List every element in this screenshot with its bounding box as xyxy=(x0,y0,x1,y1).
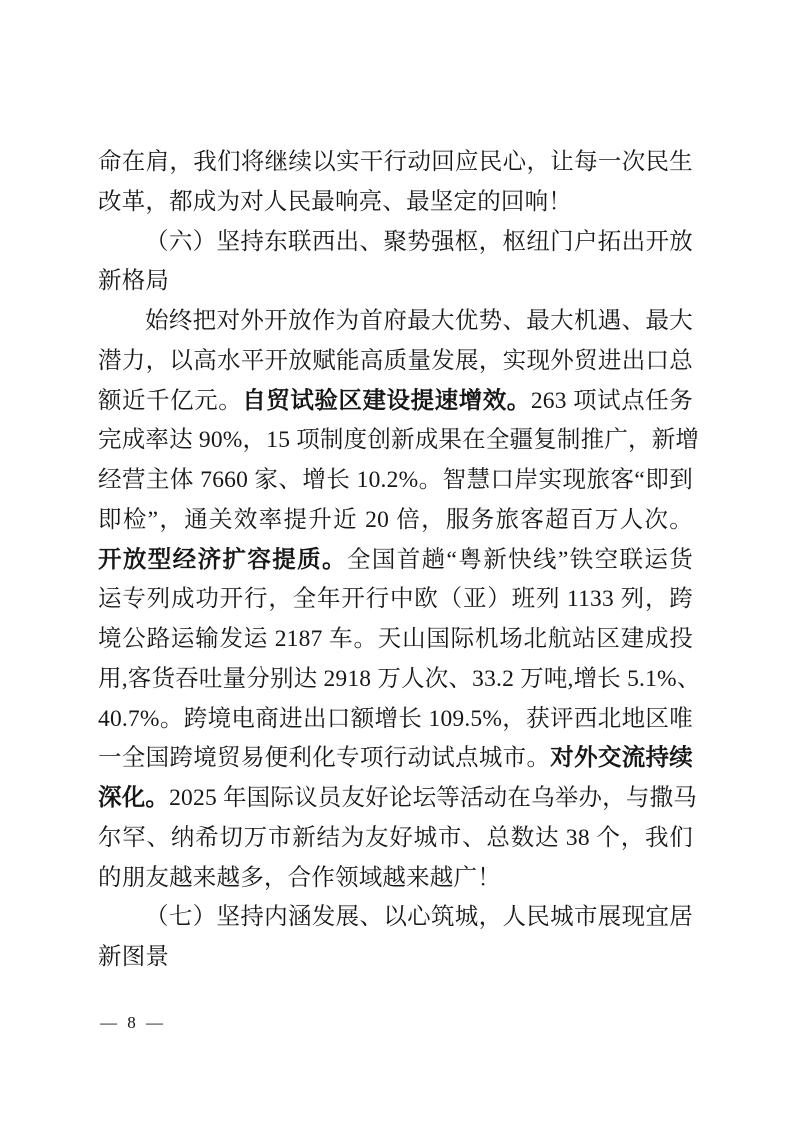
body-line: 潜力，以高水平开放赋能高质量发展，实现外贸进出口总 xyxy=(98,342,693,382)
body-line: 完成率达 90%，15 项制度创新成果在全疆复制推广，新增 xyxy=(98,421,693,461)
body-line: 的朋友越来越多，合作领域越来越广！ xyxy=(98,859,693,899)
section-7-heading-line-1: （七）坚持内涵发展、以心筑城，人民城市展现宜居 xyxy=(98,898,693,938)
body-line: 始终把对外开放作为首府最大优势、最大机遇、最大 xyxy=(98,302,693,342)
closing-paragraph-line-2: 改革，都成为对人民最响亮、最坚定的回响！ xyxy=(98,183,693,223)
section-6-heading-line-1: （六）坚持东联西出、聚势强枢，枢纽门户拓出开放 xyxy=(98,223,693,263)
section-7-heading-line-2: 新图景 xyxy=(98,938,693,978)
body-line: 一全国跨境贸易便利化专项行动试点城市。对外交流持续 xyxy=(98,739,693,779)
body-line: 境公路运输发运 2187 车。天山国际机场北航站区建成投 xyxy=(98,620,693,660)
body-line: 经营主体 7660 家、增长 10.2%。智慧口岸实现旅客“即到 xyxy=(98,461,693,501)
body-line: 尔罕、纳希切万市新结为友好城市、总数达 38 个，我们 xyxy=(98,819,693,859)
body-line: 用,客货吞吐量分别达 2918 万人次、33.2 万吨,增长 5.1%、 xyxy=(98,660,693,700)
body-line: 即检”，通关效率提升近 20 倍，服务旅客超百万人次。 xyxy=(98,501,693,541)
body-line: 额近千亿元。自贸试验区建设提速增效。263 项试点任务 xyxy=(98,382,693,422)
page-content: 命在肩，我们将继续以实干行动回应民心，让每一次民生 改革，都成为对人民最响亮、最… xyxy=(98,143,693,978)
section-6-heading-line-2: 新格局 xyxy=(98,262,693,302)
body-line: 运专列成功开行，全年开行中欧（亚）班列 1133 列，跨 xyxy=(98,580,693,620)
body-line: 深化。2025 年国际议员友好论坛等活动在乌举办，与撒马 xyxy=(98,779,693,819)
page-number: — 8 — xyxy=(100,1013,163,1033)
closing-paragraph-line-1: 命在肩，我们将继续以实干行动回应民心，让每一次民生 xyxy=(98,143,693,183)
document-page: 命在肩，我们将继续以实干行动回应民心，让每一次民生 改革，都成为对人民最响亮、最… xyxy=(0,0,793,1122)
body-line: 开放型经济扩容提质。全国首趟“粤新快线”铁空联运货 xyxy=(98,541,693,581)
body-line: 40.7%。跨境电商进出口额增长 109.5%，获评西北地区唯 xyxy=(98,700,693,740)
